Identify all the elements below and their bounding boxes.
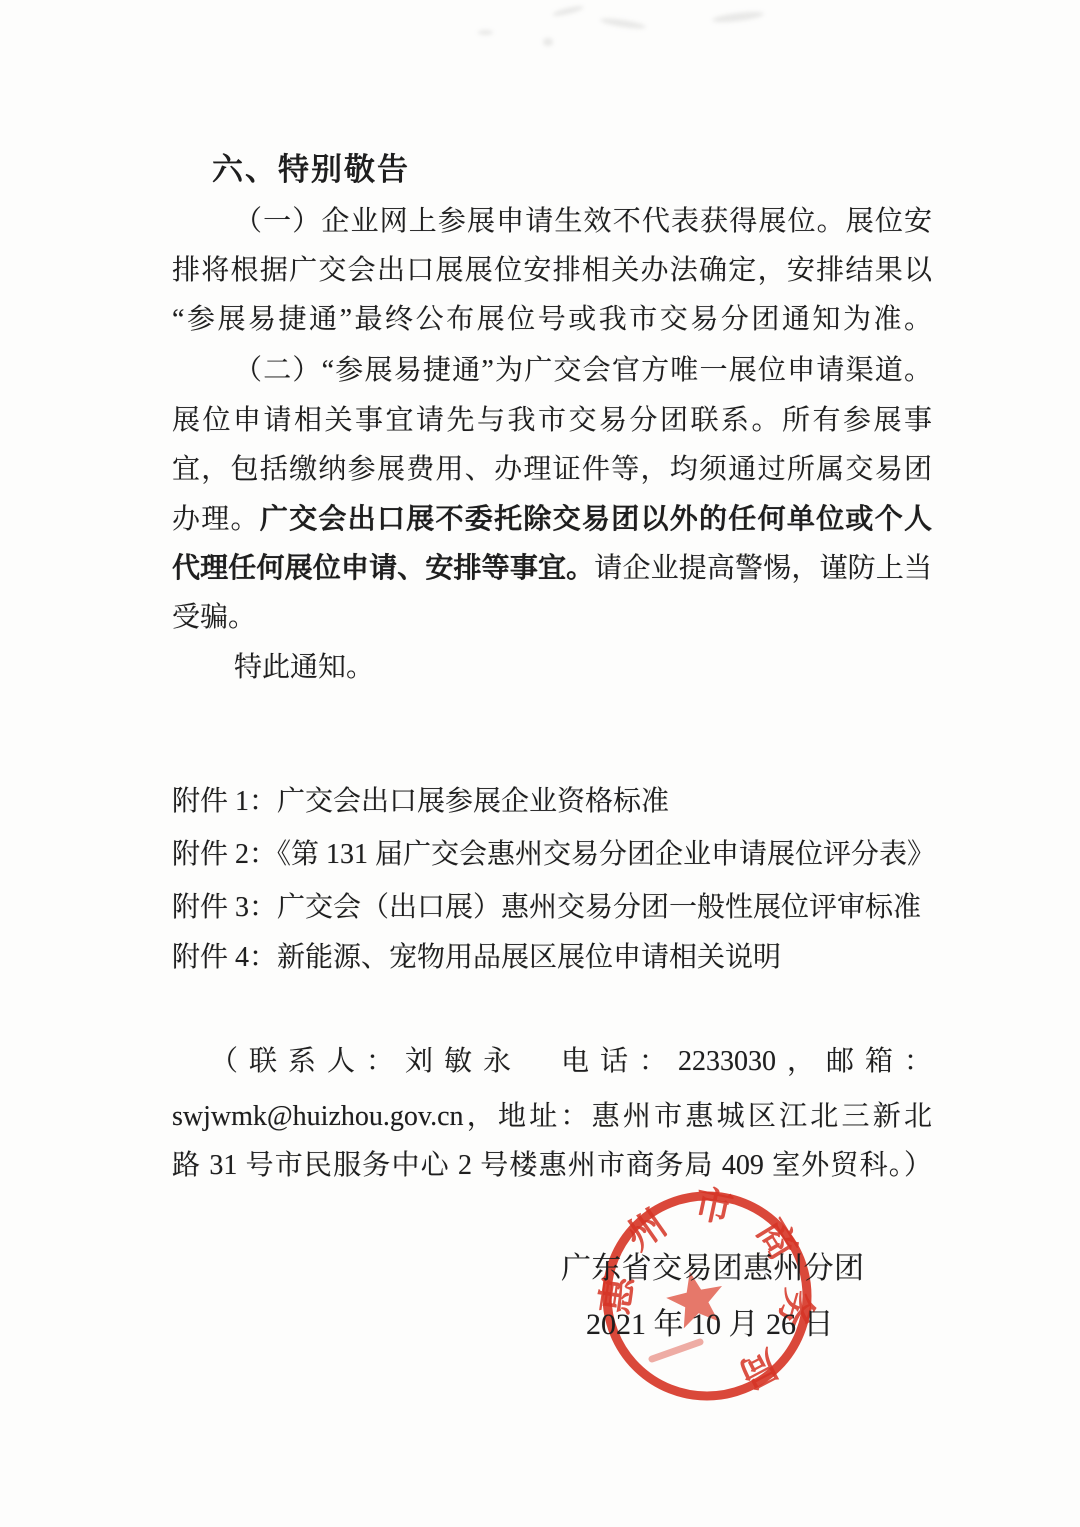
contact-line3: 路 31 号市民服务中心 2 号楼惠州市商务局 409 室外贸科。） xyxy=(172,1146,932,1186)
signature-date: 2021 年 10 月 26 日 xyxy=(586,1305,834,1345)
scan-smudge xyxy=(552,4,585,18)
paragraph2-line6: 受骗。 xyxy=(172,598,932,638)
paragraph2-line4: 办理。广交会出口展不委托除交易团以外的任何单位或个人 xyxy=(172,499,932,540)
contact-line1: （联系人：刘敏永 电话：2233030，邮箱： xyxy=(172,1042,932,1082)
paragraph2-line3: 宜，包括缴纳参展费用、办理证件等，均须通过所属交易团 xyxy=(172,450,932,490)
attachment-item-1: 附件 1：广交会出口展参展企业资格标准 xyxy=(172,782,932,822)
paragraph2-line2: 展位申请相关事宜请先与我市交易分团联系。所有参展事 xyxy=(172,401,932,441)
scan-smudge xyxy=(600,16,647,30)
official-seal: 惠州市商务局 xyxy=(595,1184,819,1408)
paragraph1-line2: 排将根据广交会出口展展位安排相关办法确定，安排结果以 xyxy=(172,251,932,291)
paragraph1-line1: （一）企业网上参展申请生效不代表获得展位。展位安 xyxy=(172,202,932,242)
section-heading: 六、特别敬告 xyxy=(212,150,410,190)
scan-smudge xyxy=(712,10,765,24)
attachment-item-3: 附件 3：广交会（出口展）惠州交易分团一般性展位评审标准 xyxy=(172,888,932,928)
signature-org: 广东省交易团惠州分团 xyxy=(561,1249,864,1289)
paragraph2-line1: （二）“参展易捷通”为广交会官方唯一展位申请渠道。 xyxy=(172,351,932,391)
paragraph2-line5: 代理任何展位申请、安排等事宜。请企业提高警惕，谨防上当 xyxy=(172,548,932,589)
para2-line4-regular-text: 办理。 xyxy=(172,504,260,535)
scan-smudge xyxy=(543,38,553,46)
contact-line2: swjwmk@huizhou.gov.cn，地址：惠州市惠城区江北三新北 xyxy=(172,1097,932,1137)
attachment-item-4: 附件 4：新能源、宠物用品展区展位申请相关说明 xyxy=(172,938,932,978)
attachment-item-2: 附件 2：《第 131 届广交会惠州交易分团企业申请展位评分表》 xyxy=(172,835,932,875)
scan-smudge xyxy=(478,30,493,35)
paragraph1-line3: “参展易捷通”最终公布展位号或我市交易分团通知为准。 xyxy=(172,300,932,340)
para2-line4-bold-text: 广交会出口展不委托除交易团以外的任何单位或个人 xyxy=(260,503,932,534)
closing-line: 特此通知。 xyxy=(172,648,932,688)
para2-line5-regular-text: 请企业提高警惕，谨防上当 xyxy=(594,553,932,584)
para2-line5-bold-text: 代理任何展位申请、安排等事宜。 xyxy=(172,552,594,583)
scanned-notice-page: 六、特别敬告 （一）企业网上参展申请生效不代表获得展位。展位安 排将根据广交会出… xyxy=(0,0,1080,1527)
